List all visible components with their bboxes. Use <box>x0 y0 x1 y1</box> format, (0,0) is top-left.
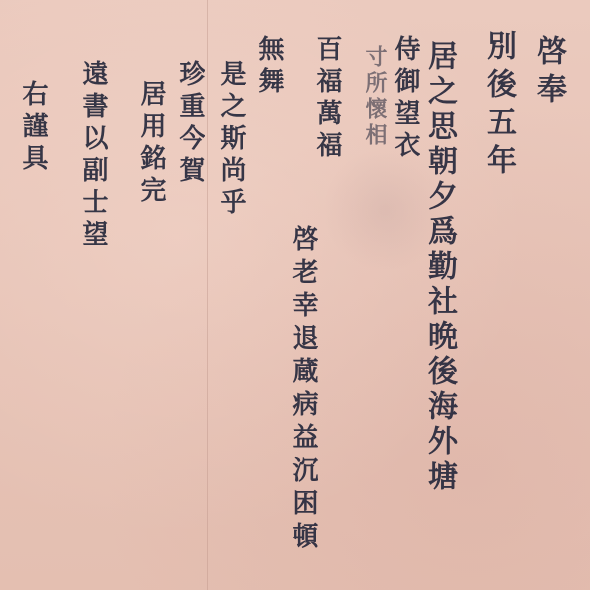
column-salutation: 啓奉 <box>533 35 563 111</box>
column-11: 居用銘完 <box>138 80 164 208</box>
column-3: 居之思朝夕爲勤社晩後海外塘 <box>424 40 454 495</box>
column-8: 無舞 <box>256 35 282 99</box>
column-4: 侍御望衣 <box>392 35 418 163</box>
column-closing: 右謹具 <box>20 80 46 176</box>
column-10: 珍重今賀 <box>177 60 203 188</box>
column-2: 別後五年 <box>483 30 513 182</box>
column-7: 啓老幸退蔵病益沉困頓 <box>290 225 316 555</box>
column-9: 是之斯尚乎 <box>218 60 244 220</box>
column-5: 寸所懷相 <box>364 45 386 149</box>
column-12: 遠書以副士望 <box>80 60 106 252</box>
column-6: 百福萬福 <box>314 35 340 163</box>
paper-seam <box>207 0 208 590</box>
